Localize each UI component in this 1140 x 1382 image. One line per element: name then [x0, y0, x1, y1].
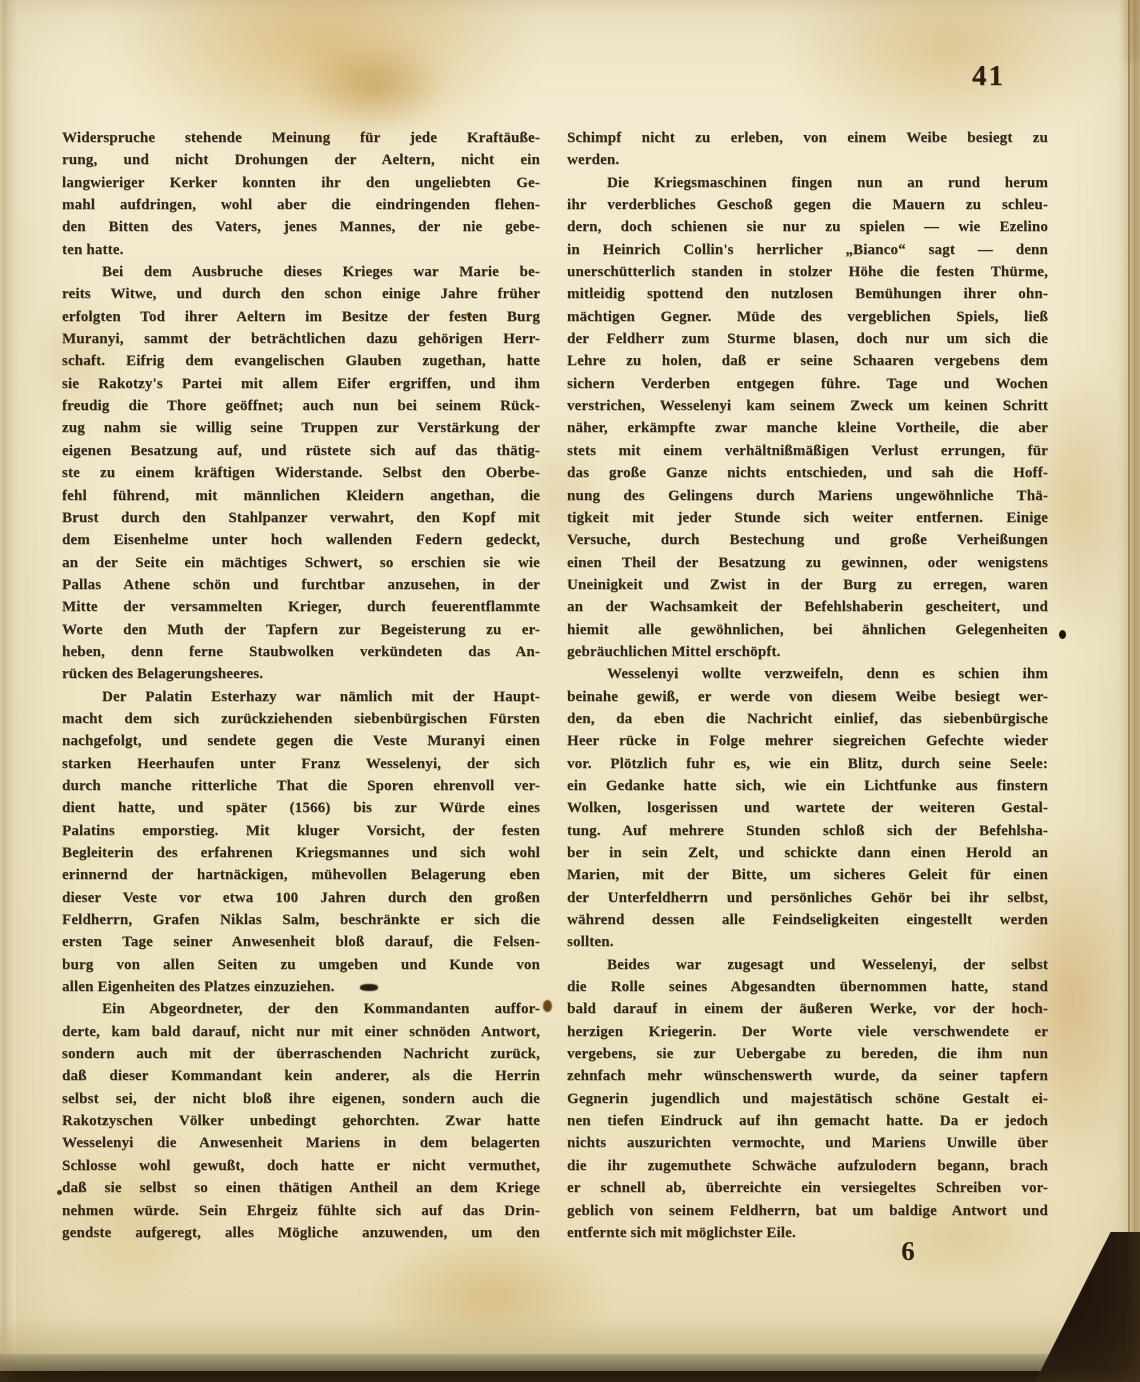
text-line: dient hatte, und später (1566) bis zur W…: [62, 797, 540, 819]
text-line: der Unterfeldherrn und persönliches Gehö…: [567, 887, 1048, 909]
text-line: erfolgten Tod ihrer Aeltern im Besitze d…: [62, 306, 540, 328]
page-edge-bottom-shade: [0, 1316, 1140, 1356]
text-line: an der Seite ein mächtiges Schwert, so e…: [62, 552, 540, 574]
book-page-scan: 41 Widerspruche stehende Meinung für jed…: [0, 0, 1140, 1382]
page-edge-line: [1128, 0, 1130, 1382]
ink-speck: [543, 1000, 552, 1012]
text-line: tung. Auf mehrere Stunden schloß sich de…: [567, 820, 1048, 842]
text-line: selbst sei, der nicht bloß ihre eigenen,…: [62, 1088, 540, 1110]
text-line: daß dieser Kommandant kein anderer, als …: [62, 1065, 540, 1087]
scan-background-bottom: [0, 1371, 1140, 1382]
column-left: Widerspruche stehende Meinung für jede K…: [62, 127, 540, 1244]
text-line: vor. Plötzlich fuhr es, wie ein Blitz, d…: [567, 753, 1048, 775]
text-line: beinahe gewiß, er werde von diesem Weibe…: [567, 686, 1048, 708]
text-line: ber in sein Zelt, und schickte dann eine…: [567, 842, 1048, 864]
text-line: Marien, mit der Bitte, um sicheres Gelei…: [567, 864, 1048, 886]
text-line: Der Palatin Esterhazy war nämlich mit de…: [62, 686, 540, 708]
text-line: tigkeit mit jeder Stunde sich weiter ent…: [567, 507, 1048, 529]
text-line: er schnell ab, überreichte ein versiegel…: [567, 1177, 1048, 1199]
text-line: entfernte sich mit möglichster Eile.: [567, 1222, 1048, 1244]
text-line: gebräuchlichen Mittel erschöpft.: [567, 641, 1048, 663]
text-line: bald darauf in einem der äußeren Werke, …: [567, 998, 1048, 1020]
text-line: Schlosse wohl gewußt, doch hatte er nich…: [62, 1155, 540, 1177]
text-line: Bei dem Ausbruche dieses Krieges war Mar…: [62, 261, 540, 283]
text-line: macht dem sich zurückziehenden siebenbür…: [62, 708, 540, 730]
text-line: schaft. Eifrig dem evangelischen Glauben…: [62, 350, 540, 372]
page-corner-shade: [1126, 0, 1140, 60]
text-line: hiemit alle gewöhnlichen, bei ähnlichen …: [567, 619, 1048, 641]
text-line: sondern auch mit der überraschenden Nach…: [62, 1043, 540, 1065]
text-line: Brust durch den Stahlpanzer verwahrt, de…: [62, 507, 540, 529]
text-line: die Rolle seines Abgesandten übernommen …: [567, 976, 1048, 998]
text-line: dern, doch schienen sie nur zu spielen —…: [567, 216, 1048, 238]
text-line: eigenen Besatzung auf, und rüstete sich …: [62, 440, 540, 462]
text-line: daß sie selbst so einen thätigen Antheil…: [62, 1177, 540, 1199]
text-line: Mitte der versammelten Krieger, durch fe…: [62, 596, 540, 618]
text-line: stets mit einem verhältnißmäßigen Verlus…: [567, 440, 1048, 462]
foxing-stain: [300, 40, 450, 130]
text-line: herzigen Kriegerin. Der Worte viele vers…: [567, 1021, 1048, 1043]
text-line: ein Gedanke hatte sich, wie ein Lichtfun…: [567, 775, 1048, 797]
text-line: einen Theil der Besatzung zu gewinnen, o…: [567, 552, 1048, 574]
text-line: Pallas Athene schön und furchtbar anzuse…: [62, 574, 540, 596]
text-line: Feldherrn, Grafen Niklas Salm, beschränk…: [62, 909, 540, 931]
text-line: Rakotzyschen Völker unbedingt gehorchten…: [62, 1110, 540, 1132]
text-line: mahl aufdringen, wohl aber die eindringe…: [62, 194, 540, 216]
text-line: burg von allen Seiten zu umgeben und Kun…: [62, 954, 540, 976]
text-line: langwieriger Kerker konnten ihr den unge…: [62, 172, 540, 194]
text-line: nehmen würde. Sein Ehrgeiz fühlte sich a…: [62, 1200, 540, 1222]
text-line: während dessen alle Feindseligkeiten ein…: [567, 909, 1048, 931]
text-line: werden.: [567, 149, 1048, 171]
text-line: Beides war zugesagt und Wesselenyi, der …: [567, 954, 1048, 976]
column-right: Schimpf nicht zu erleben, von einem Weib…: [567, 127, 1048, 1244]
text-line: den Bitten des Vaters, jenes Mannes, der…: [62, 216, 540, 238]
text-line: ten hatte.: [62, 239, 540, 261]
text-line: starken Heerhaufen unter Franz Wesseleny…: [62, 753, 540, 775]
text-line: Widerspruche stehende Meinung für jede K…: [62, 127, 540, 149]
text-line: nung des Gelingens durch Mariens ungewöh…: [567, 485, 1048, 507]
signature-mark: 6: [888, 1236, 928, 1267]
text-line: Palatins emporstieg. Mit kluger Vorsicht…: [62, 820, 540, 842]
text-line: zehnfach mehr wünschenswerth wurde, da s…: [567, 1065, 1048, 1087]
text-line: rung, und nicht Drohungen der Aeltern, n…: [62, 149, 540, 171]
text-line: Heer rücke in Folge mehrer siegreichen G…: [567, 730, 1048, 752]
text-line: mächtigen Gegner. Müde des vergeblichen …: [567, 306, 1048, 328]
text-line: dem Eisenhelme unter hoch wallenden Fede…: [62, 529, 540, 551]
text-line: Begleiterin des erfahrenen Kriegsmannes …: [62, 842, 540, 864]
text-line: ste zu einem kräftigen Widerstande. Selb…: [62, 462, 540, 484]
page-number: 41: [972, 60, 1042, 93]
text-line: nen tiefen Eindruck auf ihn gemacht hatt…: [567, 1110, 1048, 1132]
text-line: Lehre zu holen, daß er seine Schaaren ve…: [567, 350, 1048, 372]
text-line: Wolken, losgerissen und wartete der weit…: [567, 797, 1048, 819]
text-line: Gegnerin jugendlich und majestätisch sch…: [567, 1088, 1048, 1110]
scan-background-corner: [1035, 1232, 1140, 1382]
text-line: in Heinrich Collin's herrlicher „Bianco“…: [567, 239, 1048, 261]
text-line: sie Rakotzy's Partei mit allem Eifer erg…: [62, 373, 540, 395]
text-line: an der Wachsamkeit der Befehlshaberin ge…: [567, 596, 1048, 618]
text-line: allen Eigenheiten des Platzes einzuziehe…: [62, 976, 540, 998]
text-line: derte, kam bald darauf, nicht nur mit ei…: [62, 1021, 540, 1043]
text-line: ihr verderbliches Geschoß gegen die Maue…: [567, 194, 1048, 216]
text-line: näher, erkämpfte zwar manche kleine Vort…: [567, 417, 1048, 439]
text-line: ersten Tage seiner Anwesenheit bloß dara…: [62, 931, 540, 953]
text-line: gendste aufgeregt, alles Mögliche anzuwe…: [62, 1222, 540, 1244]
text-line: reits Witwe, und durch den schon einige …: [62, 283, 540, 305]
text-line: Muranyi, sammt der beträchtlichen dazu g…: [62, 328, 540, 350]
ink-speck: [1059, 630, 1066, 639]
text-line: Wesselenyi wollte verzweifeln, denn es s…: [567, 663, 1048, 685]
text-line: Versuche, durch Bestechung und große Ver…: [567, 529, 1048, 551]
text-line: den, da eben die Nachricht einlief, das …: [567, 708, 1048, 730]
text-line: das große Ganze nichts entschieden, und …: [567, 462, 1048, 484]
text-line: Worte den Muth der Tapfern zur Begeister…: [62, 619, 540, 641]
text-line: Die Kriegsmaschinen fingen nun an rund h…: [567, 172, 1048, 194]
text-line: Uneinigkeit und Zwist in der Burg zu err…: [567, 574, 1048, 596]
text-line: rücken des Belagerungsheeres.: [62, 663, 540, 685]
text-line: heben, denn ferne Staubwolken verkündete…: [62, 641, 540, 663]
text-line: sollten.: [567, 931, 1048, 953]
text-line: geblich von seinem Feldherrn, bat um bal…: [567, 1200, 1048, 1222]
text-line: nachgefolgt, und sendete gegen die Veste…: [62, 730, 540, 752]
page-edge-left: [0, 0, 16, 1382]
text-line: die ihr zugemuthete Schwäche aufzulodern…: [567, 1155, 1048, 1177]
text-line: Ein Abgeordneter, der den Kommandanten a…: [62, 998, 540, 1020]
text-line: nichts auszurichten vermochte, und Marie…: [567, 1132, 1048, 1154]
text-line: dieser Veste vor etwa 100 Jahren durch d…: [62, 887, 540, 909]
text-line: verstrichen, Wesselenyi kam seinem Zweck…: [567, 395, 1048, 417]
text-line: mitleidig spottend den nutzlosen Bemühun…: [567, 283, 1048, 305]
text-line: zug nahm sie willig seine Truppen zur Ve…: [62, 417, 540, 439]
text-line: der Feldherr zum Sturme blasen, doch nur…: [567, 328, 1048, 350]
text-line: Wesselenyi die Anwesenheit Mariens in de…: [62, 1132, 540, 1154]
text-line: vergebens, sie zur Uebergabe zu bereden,…: [567, 1043, 1048, 1065]
text-line: freudig die Thore geöffnet; auch nun bei…: [62, 395, 540, 417]
text-line: sichern Verderben entgegen führe. Tage u…: [567, 373, 1048, 395]
text-line: unerschütterlich standen in stolzer Höhe…: [567, 261, 1048, 283]
text-line: fehl führend, mit männlichen Kleidern an…: [62, 485, 540, 507]
text-line: Schimpf nicht zu erleben, von einem Weib…: [567, 127, 1048, 149]
text-line: durch manche ritterliche That die Sporen…: [62, 775, 540, 797]
text-line: erinnernd der hartnäckigen, mühevollen B…: [62, 864, 540, 886]
